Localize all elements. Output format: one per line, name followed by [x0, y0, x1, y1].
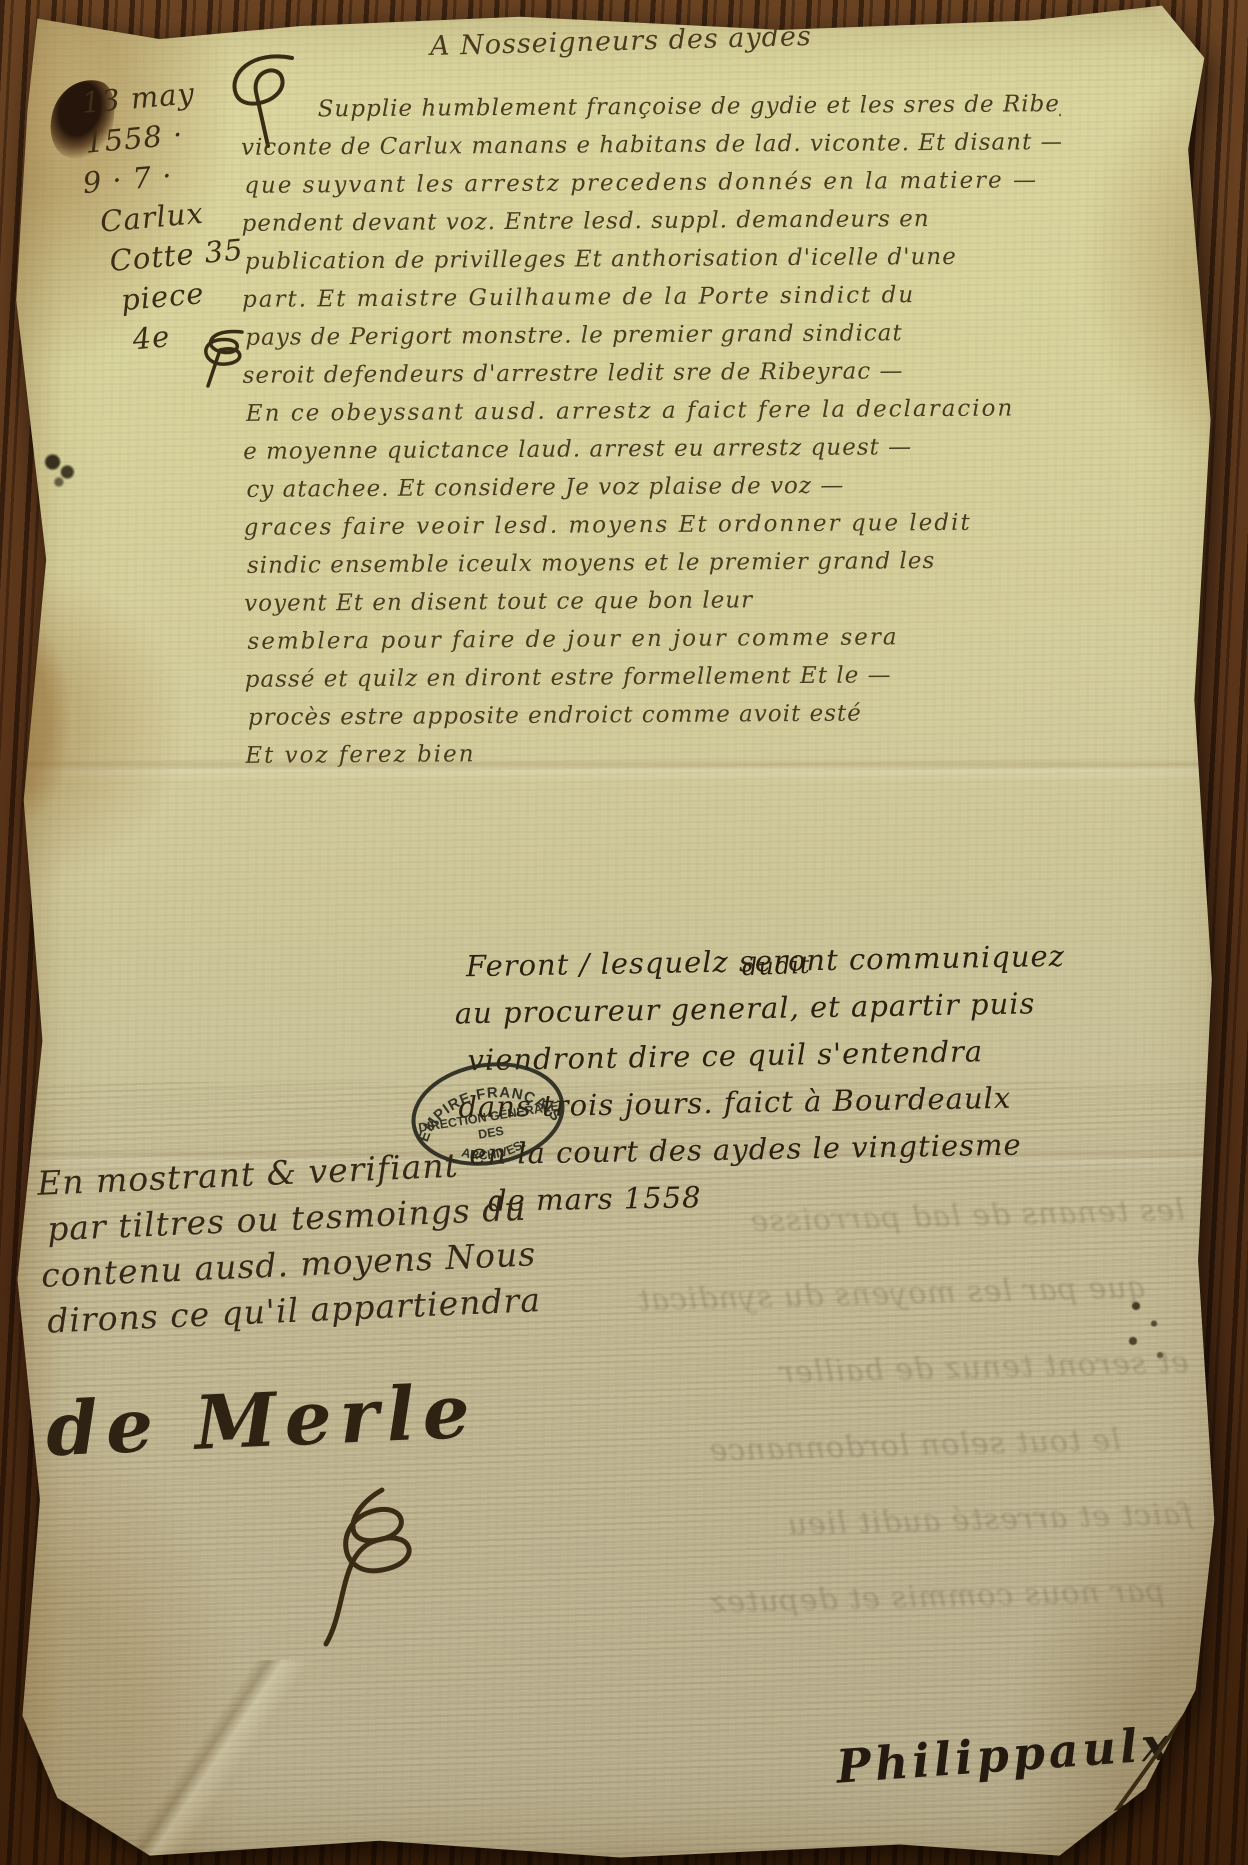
signature-paraph-flourish [286, 1482, 446, 1652]
petition-line: Supplie humblement françoise de gydie et… [244, 85, 1061, 129]
decree-interlinear-insertion: dudit [742, 951, 811, 981]
petition-line: voyent Et en disent tout ce que bon leur [244, 579, 1064, 623]
petition-line: procès estre apposite endroict comme avo… [248, 693, 1065, 737]
petition-line: que suyvant les arrestz precedens donnés… [244, 161, 1061, 205]
petition-line: pays de Perigort monstre. le premier gra… [245, 313, 1062, 357]
petition-line: e moyenne quictance laud. arrest eu arre… [243, 427, 1063, 471]
paper-surface: A Nosseigneurs des aydes 13 may 1558 · 9… [0, 0, 1248, 1865]
left-edge-stain [0, 620, 70, 820]
petition-line: cy atachee. Et considere Je voz plaise d… [246, 465, 1063, 509]
petition-line: semblera pour faire de jour en jour comm… [247, 617, 1064, 661]
petition-line: viconte de Carlux manans e habitans de l… [241, 123, 1061, 167]
petition-line: publication de privilleges Et anthorisat… [245, 237, 1062, 281]
margin-paraph-flourish [198, 326, 258, 392]
bleedthrough-line: que par les moyens du syndicat [636, 1250, 1148, 1339]
petition-line: Et voz ferez bien [245, 731, 1065, 775]
petition-line: sindic ensemble iceulx moyens et le prem… [247, 541, 1064, 585]
petition-line: passé et quilz en diront estre formellem… [245, 655, 1065, 699]
fold-top-right-corner [1128, 0, 1224, 150]
petition-line: seroit defendeurs d'arrestre ledit sre d… [242, 351, 1062, 395]
paper-sheet: A Nosseigneurs des aydes 13 may 1558 · 9… [0, 0, 1248, 1865]
bleedthrough-line: le tout selon lordonnance [640, 1403, 1122, 1492]
bleedthrough-line: faict et arresté audit lieu [642, 1477, 1194, 1567]
crease-bottom-left [40, 1660, 370, 1865]
document-heading: A Nosseigneurs des aydes [430, 21, 813, 62]
petition-paragraph: Supplie humblement françoise de gydie et… [241, 85, 1066, 775]
petition-line: En ce obeyssant ausd. arrestz a faict fe… [246, 389, 1063, 433]
ink-smudge [40, 448, 82, 488]
manuscript-photo: A Nosseigneurs des aydes 13 may 1558 · 9… [0, 0, 1248, 1865]
verso-bleedthrough-text: les tenans de lad parroisse que par les … [634, 1173, 1196, 1643]
bleedthrough-line: les tenans de lad parroisse [634, 1173, 1186, 1263]
stamp-line2: DES [477, 1124, 505, 1142]
verification-note: En mostrant & verifiant par tiltres ou t… [36, 1139, 542, 1345]
right-signature-flourish [1090, 1700, 1210, 1830]
bleedthrough-line: par nous commis et deputez [644, 1554, 1166, 1644]
bleedthrough-line: et seront tenuz de bailler [638, 1325, 1190, 1415]
petition-line: pendent devant voz. Entre lesd. suppl. d… [241, 199, 1061, 243]
petition-line: part. Et maistre Guilhaume de la Porte s… [242, 275, 1062, 319]
signature-de-merle: de Merle [44, 1369, 479, 1474]
petition-line: graces faire veoir lesd. moyens Et ordon… [244, 503, 1064, 547]
